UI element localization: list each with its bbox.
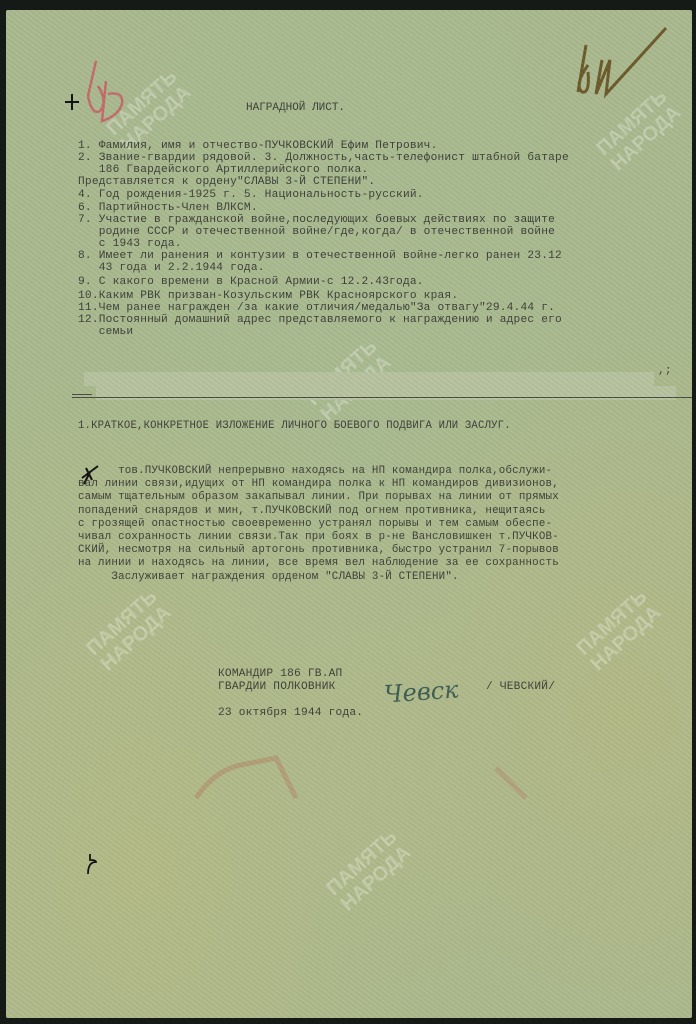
- document-page: ПАМЯТЬ НАРОДА ПАМЯТЬ НАРОДА ПАМЯТЬ НАРОД…: [6, 10, 692, 1018]
- questionnaire-item: 7. Участие в гражданской войне,последующ…: [78, 215, 555, 226]
- watermark: ПАМЯТЬ НАРОДА: [83, 586, 175, 675]
- narrative-line: СКИЙ, несмотря на сильный артогонь проти…: [78, 545, 559, 556]
- ink-star-icon: [62, 92, 82, 112]
- narrative-line: тов.ПУЧКОВСКИЙ непрерывно находясь на НП…: [78, 466, 552, 477]
- divider: [72, 397, 692, 398]
- narrative-line: вал линии связи,идущих от НП командира п…: [78, 479, 559, 490]
- divider: [72, 394, 92, 395]
- questionnaire-item: 11.Чем ранее награжден /за какие отличия…: [78, 303, 555, 314]
- questionnaire-item: с 1943 года.: [78, 239, 182, 250]
- questionnaire-item: 1. Фамилия, имя и отчество-ПУЧКОВСКИЙ Еф…: [78, 141, 438, 152]
- narrative-line: попадений снарядов и мин, т.ПУЧКОВСКИЙ п…: [78, 506, 546, 517]
- signatory-rank: ГВАРДИИ ПОЛКОВНИК: [218, 682, 336, 693]
- questionnaire-item: 10.Каким РВК призван-Козульским РВК Крас…: [78, 291, 458, 302]
- document-date: 23 октября 1944 года.: [218, 708, 363, 719]
- narrative-line: чивал сохранность линии связи.Так при бо…: [78, 532, 559, 543]
- narrative-line: на линии и находясь на линии, все время …: [78, 558, 559, 569]
- ink-hook-mark: [84, 852, 100, 876]
- narrative-line: Заслуживает награждения орденом "СЛАВЫ 3…: [78, 572, 459, 583]
- archive-number-handwritten: [566, 20, 676, 100]
- questionnaire-item: 6. Партийность-Член ВЛКСМ.: [78, 203, 258, 214]
- signatory-title: КОМАНДИР 186 ГВ.АП: [218, 669, 342, 680]
- questionnaire-item: 9. С какого времени в Красной Армии-с 12…: [78, 277, 424, 288]
- handwritten-signature: Чевск: [383, 675, 459, 708]
- red-pencil-mark: [78, 56, 138, 126]
- narrative-line: самым тщательным образом закапывал линии…: [78, 492, 559, 503]
- watermark: ПАМЯТЬ НАРОДА: [573, 586, 665, 675]
- redacted-address: [84, 372, 654, 386]
- section-heading: 1.КРАТКОЕ,КОНКРЕТНОЕ ИЗЛОЖЕНИЕ ЛИЧНОГО Б…: [78, 421, 511, 432]
- questionnaire-item: 2. Звание-гвардии рядовой. 3. Должность,…: [78, 153, 569, 164]
- watermark: ПАМЯТЬ НАРОДА: [323, 826, 415, 915]
- faded-stamp: [186, 738, 546, 818]
- questionnaire-item: родине СССР и отечественной войне/где,ко…: [78, 227, 555, 238]
- questionnaire-item: 8. Имеет ли ранения и контузии в отечест…: [78, 251, 562, 262]
- questionnaire-item: 12.Постоянный домашний адрес представляе…: [78, 315, 562, 326]
- questionnaire-item: Представляется к ордену"СЛАВЫ 3-Й СТЕПЕН…: [78, 177, 375, 188]
- narrative-line: с грозящей опастностью своевременно устр…: [78, 519, 552, 530]
- trailing-punctuation: ,;: [658, 366, 672, 377]
- questionnaire-item: 4. Год рождения-1925 г. 5. Национальност…: [78, 190, 424, 201]
- page-title: НАГРАДНОЙ ЛИСТ.: [246, 102, 345, 114]
- signatory-name: / ЧЕВСКИЙ/: [486, 682, 555, 693]
- questionnaire-item: 43 года и 2.2.1944 года.: [78, 263, 265, 274]
- questionnaire-item: 186 Гвардейского Артиллерийского полка.: [78, 165, 368, 176]
- questionnaire-item: семьи: [78, 327, 133, 338]
